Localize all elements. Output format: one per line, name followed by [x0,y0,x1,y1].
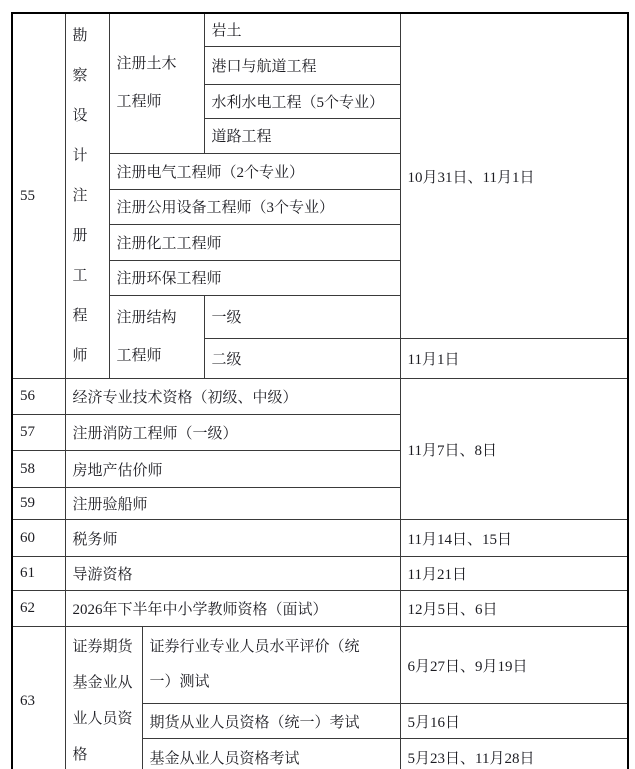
exam-cell-jijin: 基金从业人员资格考试 [142,739,400,769]
structural-engineer-cell: 注册结构 工程师 [109,295,204,379]
date-cell-63b: 5月16日 [400,704,628,739]
date-cell-63a: 6月27日、9月19日 [400,627,628,704]
exam-cell-huanbao: 注册环保工程师 [109,260,400,295]
specialty-cell-daolu: 道路工程 [204,118,400,153]
row-61-number: 61 [12,557,65,591]
row-57-number: 57 [12,415,65,451]
exam-cell-zhengquan: 证券行业专业人员水平评价（统 一）测试 [142,627,400,704]
exam-cell-fangdichan: 房地产估价师 [65,451,400,488]
level-cell-erji: 二级 [204,339,400,379]
row-63-category: 证券期货 基金业从 业人员资 格 [65,627,142,769]
date-cell-55-level2: 11月1日 [400,339,628,379]
date-cell-61: 11月21日 [400,557,628,591]
exam-cell-yanchuan: 注册验船师 [65,488,400,520]
exam-cell-dianqi: 注册电气工程师（2个专业） [109,153,400,189]
row-59-number: 59 [12,488,65,520]
date-cell-62: 12月5日、6日 [400,591,628,627]
specialty-cell-gangkou: 港口与航道工程 [204,46,400,84]
exam-cell-qihuo: 期货从业人员资格（统一）考试 [142,704,400,739]
row-62-number: 62 [12,591,65,627]
exam-schedule-table: 55 勘察 设计 注册 工程 师 注册土木 工程师 岩土 10月31日、11月1… [11,12,629,769]
date-cell-63c: 5月23日、11月28日 [400,739,628,769]
row-58-number: 58 [12,451,65,488]
exam-cell-xiaofang: 注册消防工程师（一级） [65,415,400,451]
exam-cell-jingji: 经济专业技术资格（初级、中级） [65,379,400,415]
date-cell-55-main: 10月31日、11月1日 [400,13,628,339]
level-cell-yiji: 一级 [204,295,400,339]
row-60-number: 60 [12,520,65,557]
specialty-cell-shuili: 水利水电工程（5个专业） [204,84,400,118]
row-63-number: 63 [12,627,65,769]
date-cell-60: 11月14日、15日 [400,520,628,557]
exam-cell-shuiwu: 税务师 [65,520,400,557]
row-56-number: 56 [12,379,65,415]
exam-cell-daoyou: 导游资格 [65,557,400,591]
row-55-category: 勘察 设计 注册 工程 师 [65,13,109,379]
exam-cell-gongyong: 注册公用设备工程师（3个专业） [109,189,400,224]
specialty-cell-yantu: 岩土 [204,13,400,46]
date-cell-56-59: 11月7日、8日 [400,379,628,520]
row-55-number: 55 [12,13,65,379]
exam-cell-huagong: 注册化工工程师 [109,224,400,260]
civil-engineer-cell: 注册土木 工程师 [109,13,204,153]
exam-cell-jiaoshi: 2026年下半年中小学教师资格（面试） [65,591,400,627]
